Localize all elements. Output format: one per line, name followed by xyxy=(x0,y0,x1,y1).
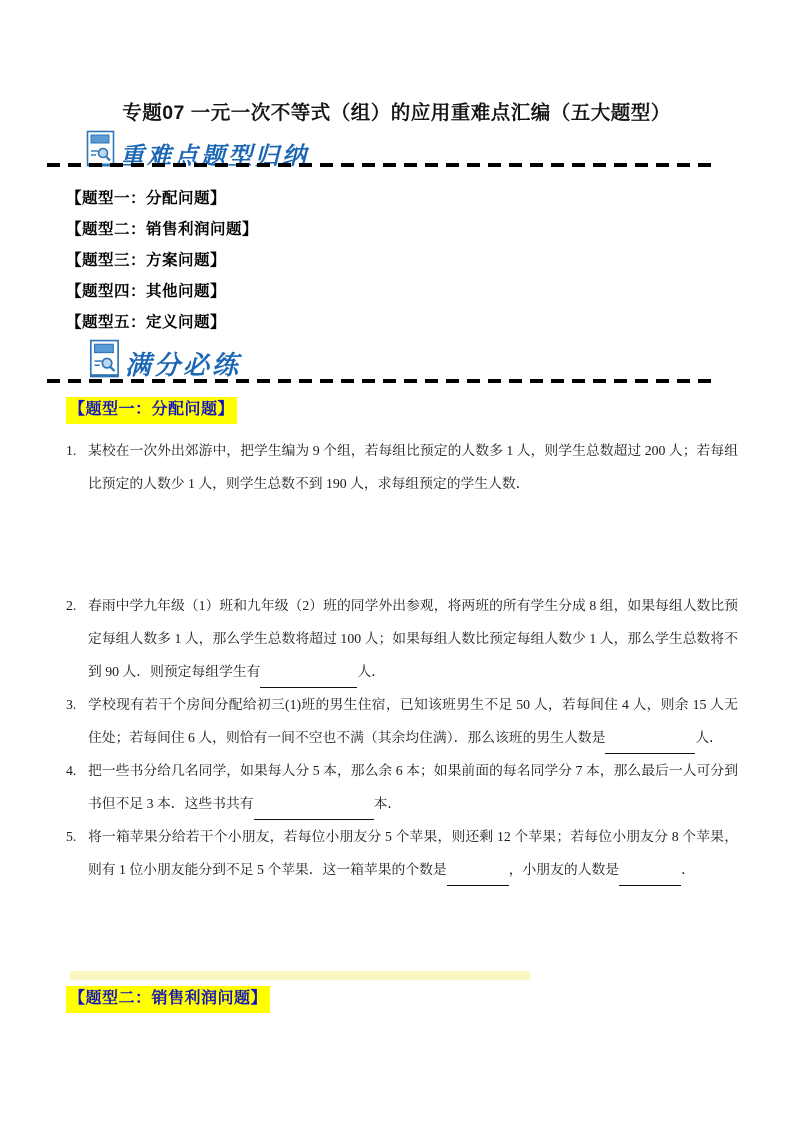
answer-blank xyxy=(254,803,374,820)
question-item: 3.学校现有若干个房间分配给初三(1)班的男生住宿，已知该班男生不足 50 人，… xyxy=(66,688,738,754)
dashed-divider-practice xyxy=(47,379,714,383)
question-number: 5. xyxy=(66,820,88,886)
question-number: 2. xyxy=(66,589,88,688)
question-type-catalog: 【题型一：分配问题】【题型二：销售利润问题】【题型三：方案问题】【题型四：其他问… xyxy=(66,183,258,338)
answer-blank xyxy=(619,869,681,886)
catalog-item: 【题型三：方案问题】 xyxy=(66,245,258,276)
question-list: 1.某校在一次外出郊游中，把学生编为 9 个组，若每组比预定的人数多 1 人，则… xyxy=(66,434,738,886)
question-text: 将一箱苹果分给若干个小朋友，若每位小朋友分 5 个苹果，则还剩 12 个苹果；若… xyxy=(88,820,738,886)
catalog-item: 【题型一：分配问题】 xyxy=(66,183,258,214)
question-item: 5.将一箱苹果分给若干个小朋友，若每位小朋友分 5 个苹果，则还剩 12 个苹果… xyxy=(66,820,738,886)
page-title: 专题07 一元一次不等式（组）的应用重难点汇编（五大题型） xyxy=(0,97,793,125)
question-number: 4. xyxy=(66,754,88,820)
answer-blank xyxy=(260,671,357,688)
highlight-strip xyxy=(70,971,530,980)
question-text: 某校在一次外出郊游中，把学生编为 9 个组，若每组比预定的人数多 1 人，则学生… xyxy=(88,434,738,500)
question-item: 4.把一些书分给几名同学，如果每人分 5 本，那么余 6 本；如果前面的每名同学… xyxy=(66,754,738,820)
type-label-allocation: 【题型一：分配问题】 xyxy=(66,397,237,424)
catalog-item: 【题型五：定义问题】 xyxy=(66,307,258,338)
answer-blank xyxy=(447,869,509,886)
document-page: 专题07 一元一次不等式（组）的应用重难点汇编（五大题型） 重难点题型归纳 【题… xyxy=(0,0,793,1122)
practice-heading-label: 满分必练 xyxy=(125,353,241,381)
answer-blank xyxy=(605,737,695,754)
type-label-profit: 【题型二：销售利润问题】 xyxy=(66,986,270,1013)
question-text: 学校现有若干个房间分配给初三(1)班的男生住宿，已知该班男生不足 50 人，若每… xyxy=(88,688,738,754)
practice-heading: 满分必练 xyxy=(89,339,241,381)
question-item: 2.春雨中学九年级（1）班和九年级（2）班的同学外出参观，将两班的所有学生分成 … xyxy=(66,589,738,688)
question-item: 1.某校在一次外出郊游中，把学生编为 9 个组，若每组比预定的人数多 1 人，则… xyxy=(66,434,738,500)
question-number: 1. xyxy=(66,434,88,500)
catalog-item: 【题型四：其他问题】 xyxy=(66,276,258,307)
question-number: 3. xyxy=(66,688,88,754)
dashed-divider-top xyxy=(47,163,716,167)
question-text: 春雨中学九年级（1）班和九年级（2）班的同学外出参观，将两班的所有学生分成 8 … xyxy=(88,589,738,688)
document-search-icon xyxy=(89,339,122,381)
catalog-item: 【题型二：销售利润问题】 xyxy=(66,214,258,245)
question-text: 把一些书分给几名同学，如果每人分 5 本，那么余 6 本；如果前面的每名同学分 … xyxy=(88,754,738,820)
